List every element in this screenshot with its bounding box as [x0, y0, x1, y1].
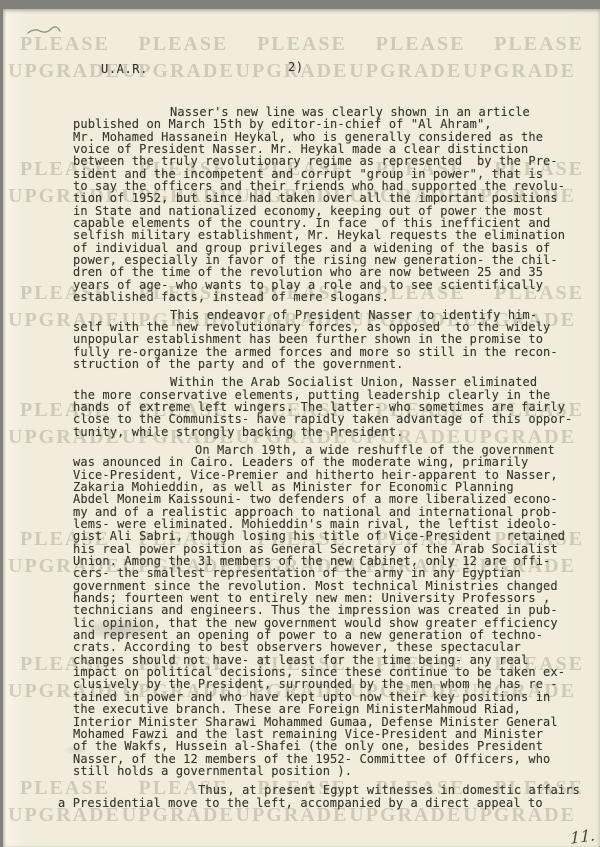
scanned-document-page: { "header": { "classification": "U.A.R."… — [0, 0, 600, 847]
text-line: was anounced in Cairo. Leaders of the mo… — [73, 456, 573, 468]
watermark-word: UPGRADE — [463, 61, 576, 81]
paper-sheet: PLEASEPLEASEPLEASEPLEASEPLEASEUPGRADEUPG… — [3, 9, 600, 847]
text-line: established facts, instead of mere sloga… — [73, 291, 573, 303]
text-line: unpopular establishment has been further… — [73, 333, 573, 345]
typed-body-text: Nasser's new line was clearly shown in a… — [73, 106, 573, 809]
watermark-word: PLEASE — [376, 34, 466, 54]
text-line: crats. According to best observers howev… — [73, 641, 573, 653]
watermark-word: PLEASE — [257, 34, 347, 54]
watermark-word: PLEASE — [494, 34, 584, 54]
text-line: tunity, while strongly backing the Presi… — [73, 426, 573, 438]
text-line: published on March 15th by editor-in-chi… — [73, 118, 573, 130]
header-page-ref: 2) — [288, 60, 304, 74]
text-line: Within the Arab Socialist Union, Nasser … — [73, 376, 573, 388]
text-line: dren of the time of the revolution who a… — [73, 266, 573, 278]
text-line: gist Ali Sabri, though losing his title … — [73, 530, 573, 542]
handwritten-page-number: 11. — [570, 825, 595, 847]
text-line: Abdel Moneim Kaissouni- two defenders of… — [73, 493, 573, 505]
paragraph: Nasser's new line was clearly shown in a… — [73, 106, 573, 304]
text-line: close to the Communists- have rapidly ta… — [73, 413, 573, 425]
text-line: still holds a governmental position ). — [73, 765, 573, 777]
text-line: Thus, at present Egypt witnesses in dome… — [73, 784, 573, 796]
paragraph: On March 19th, a wide reshuffle of the g… — [73, 444, 573, 777]
ink-smudge — [63, 745, 89, 755]
text-line: of the Wakfs, Hussein al-Shafei (the onl… — [73, 740, 573, 752]
watermark-word: PLEASE — [20, 34, 110, 54]
pencil-mark-icon — [27, 25, 61, 37]
text-line: a Presidential move to the left, accompa… — [58, 797, 573, 809]
text-line: struction of the party and of the govern… — [73, 358, 573, 370]
text-line: This endeavor of President Nasser to ide… — [73, 309, 573, 321]
paragraph: Thus, at present Egypt witnesses in dome… — [73, 784, 573, 809]
text-line: cers- the smallest representation of the… — [73, 567, 573, 579]
text-line: clusively by the President, surrounded b… — [73, 678, 573, 690]
paragraph: This endeavor of President Nasser to ide… — [73, 309, 573, 371]
header-classification: U.A.R. — [101, 62, 148, 76]
paragraph: Within the Arab Socialist Union, Nasser … — [73, 376, 573, 438]
pencil-smudge — [81, 619, 159, 639]
text-line: tion of 1952, but since had taken over a… — [73, 192, 573, 204]
watermark-word: UPGRADE — [349, 61, 462, 81]
watermark-row: PLEASEPLEASEPLEASEPLEASEPLEASE — [3, 34, 600, 54]
text-line: the executive branch. These are Foreign … — [73, 703, 573, 715]
text-line: Interior Minister Sharawi Mohammed Gumaa… — [73, 716, 573, 728]
text-line: technicians and engineers. Thus the impr… — [73, 604, 573, 616]
watermark-word: PLEASE — [139, 34, 229, 54]
text-line: selfish military establishment, Mr. Heyk… — [73, 229, 573, 241]
text-line: between the truly revolutionary regime a… — [73, 155, 573, 167]
